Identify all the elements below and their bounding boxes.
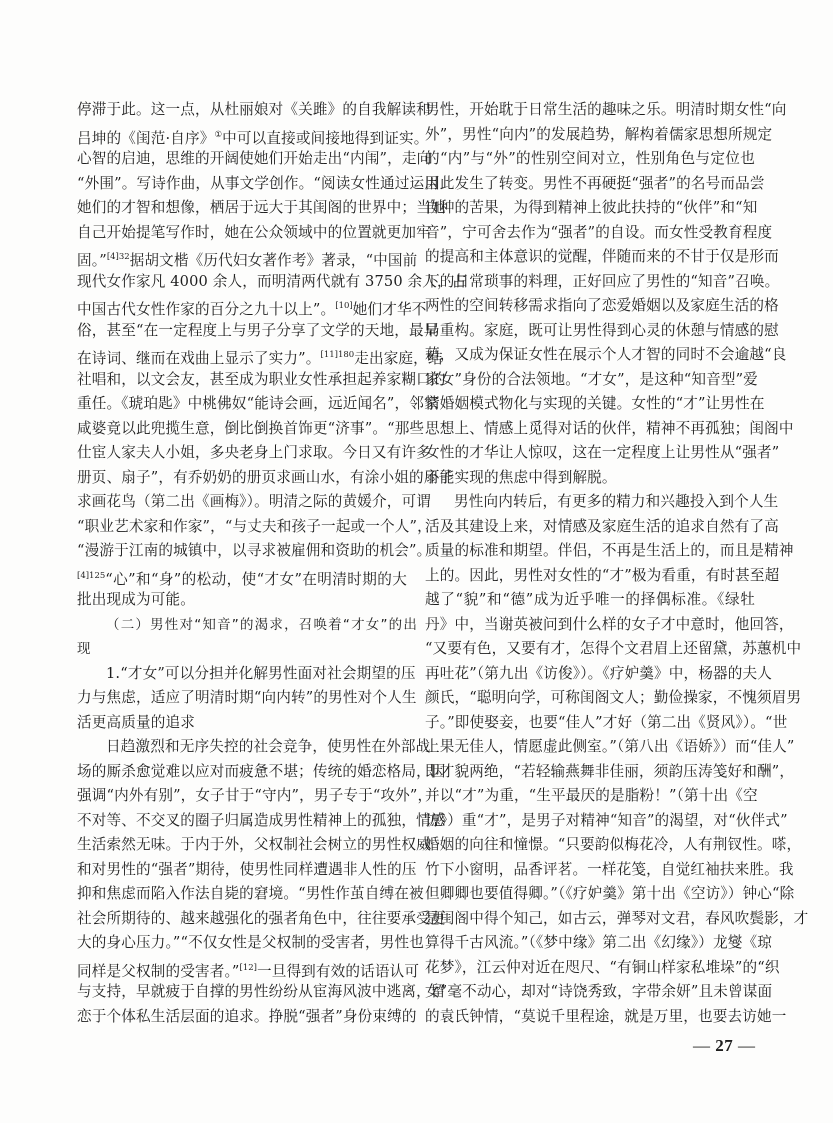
text-line: 现代女作家凡 4000 余人，而明清两代就有 3750 余人，占 xyxy=(77,270,407,295)
text-line: 在诗词、继而在戏曲上显示了实力”。[11]180走出家庭，结 xyxy=(77,343,407,368)
text-line: “外围”。写诗作曲，从事文学创作。“阅读女性通过运用 xyxy=(77,172,407,197)
text-line: 是闺阁中得个知己，如古云，弹琴对文君，春风吹鬓影，才 xyxy=(425,907,755,932)
text-line: 和对男性的“强者”期待，使男性同样遭遇非人性的压 xyxy=(77,858,407,883)
text-line: 她们的才智和想像，栖居于远大于其闺阁的世界中；当她 xyxy=(77,196,407,221)
text-line: 思想上、情感上觅得对话的伙伴，精神不再孤独；闺阁中 xyxy=(425,417,755,442)
text-line: 大的身心压力。”“不仅女性是父权制的受害者，男性也 xyxy=(77,931,407,956)
text-line: 女性的才华让人惊叹，这在一定程度上让男性从“强者” xyxy=(425,441,755,466)
text-line: 男性向内转后，有更多的精力和兴趣投入到个人生 xyxy=(425,490,755,515)
text-line: 与支持，早就疲于自撑的男性纷纷从宦海风波中逃离，留 xyxy=(77,980,407,1005)
text-line: “漫游于江南的城镇中，以寻求被雇佣和资助的机会”。 xyxy=(77,539,407,564)
text-line: 咸婆竟以此兜揽生意，倒比倒换首饰更“济事”。“那些 xyxy=(77,417,407,442)
text-line: 俗，甚至“在一定程度上与男子分享了文学的天地，最早 xyxy=(77,319,407,344)
text-line: 社唱和，以文会友，甚至成为职业女性承担起养家糊口的 xyxy=(77,368,407,393)
text-line: 家女”身份的合法领地。“才女”，是这种“知音型”爱 xyxy=(425,368,755,393)
text-line: 1.“才女”可以分担并化解男性面对社会期望的压 xyxy=(77,662,407,687)
text-line: 的“内”与“外”的性别空间对立，性别角色与定位也 xyxy=(425,147,755,172)
text-line: 访》）重“才”，是男子对精神“知音”的渴望，对“伙伴式” xyxy=(425,809,755,834)
text-line: 固。”[4]32据胡文楷《历代妇女著作考》著录，“中国前 xyxy=(77,245,407,270)
text-line: 情婚姻模式物化与实现的关键。女性的“才”让男性在 xyxy=(425,392,755,417)
text-line: 强调“内外有别”，女子甘于“守内”，男子专于“攻外”， xyxy=(77,784,407,809)
text-line: 吕坤的《闺范·自序》①中可以直接或间接地得到证实。 xyxy=(77,123,407,148)
page-number: — 27 — xyxy=(693,1036,756,1056)
citation-superscript: [4]125 xyxy=(77,571,105,581)
text-line: 因此发生了转变。男性不再硬挺“强者”的名号而品尝 xyxy=(425,172,755,197)
text-line: 局重构。家庭，既可让男性得到心灵的休憩与情感的慰 xyxy=(425,319,755,344)
section-heading-line: （二）男性对“知音”的渴求，召唤着“才女”的出 xyxy=(77,613,407,638)
text-line: 力与焦虑，适应了明清时期“向内转”的男性对个人生 xyxy=(77,686,407,711)
citation-superscript: [4]32 xyxy=(107,252,130,262)
text-line: 重任。《琥珀匙》中桃佛奴“能诗会画，远近闻名”，邻家 xyxy=(77,392,407,417)
text-line: 停滞于此。这一点，从杜丽娘对《关雎》的自我解读和 xyxy=(77,98,407,123)
citation-superscript: ① xyxy=(214,130,222,140)
text-line: 质量的标准和期望。伴侣，不再是生活上的，而且是精神 xyxy=(425,539,755,564)
text-line: 并以“才”为重，“生平最厌的是脂粉！”（第十出《空 xyxy=(425,784,755,809)
text-line: 越了“貌”和“德”成为近乎唯一的择偶标准。《绿牡 xyxy=(425,588,755,613)
text-line: 子。”即使娶妾，也要“佳人”才好（第二出《贤风》）。“世 xyxy=(425,711,755,736)
page-number-value: 27 xyxy=(715,1036,733,1055)
text-line: 心智的启迪，思维的开阔使她们开始走出“内闱”，走向 xyxy=(77,147,407,172)
text-line: 的袁氏钟情，“莫说千里程途，就是万里，也要去访她一 xyxy=(425,1005,755,1030)
text-line: 不能实现的焦虑中得到解脱。 xyxy=(425,466,755,491)
text-line: 场的厮杀愈觉难以应对而疲惫不堪；传统的婚恋格局，因 xyxy=(77,760,407,785)
citation-superscript: [12] xyxy=(240,963,257,973)
text-line: 上果无佳人，情愿虚此侧室。”（第八出《语娇》）而“佳人” xyxy=(425,735,755,760)
right-column: 男性，开始耽于日常生活的趣味之乐。明清时期女性“向外”，男性“向内”的发展趋势，… xyxy=(425,98,755,1029)
text-line: 竹下小窗明，品香评茗。一样花笺，自觉红袖扶来胜。我 xyxy=(425,858,755,883)
citation-superscript: [10] xyxy=(335,301,352,311)
text-line: 外”，男性“向内”的发展趋势，解构着儒家思想所规定 xyxy=(425,123,755,148)
text-line: 再吐花”（第九出《访俊》）。《疗妒羹》中，杨器的夫人 xyxy=(425,662,755,687)
text-line: 活及其建设上来，对情感及家庭生活的追求自然有了高 xyxy=(425,515,755,540)
text-line: 即才貌两绝，“若轻输燕舞非佳丽，须韵压涛笺好和酬”， xyxy=(425,760,755,785)
text-line: “又要有色，又要有才，怎得个文君眉上还留黛，苏蕙机中 xyxy=(425,637,755,662)
text-line: 自己开始提笔写作时，她在公众领域中的位置就更加牢 xyxy=(77,221,407,246)
text-line: 丹》中，当谢英被问到什么样的女子才中意时，他回答， xyxy=(425,613,755,638)
text-line: 生活索然无味。于内于外，父权制社会树立的男性权威 xyxy=(77,833,407,858)
text-line: 册页、扇子”，有乔奶奶的册页求画山水，有涂小姐的扇子 xyxy=(77,466,407,491)
text-line: 两性的空间转移需求指向了恋爱婚姻以及家庭生活的格 xyxy=(425,294,755,319)
text-line: 求画花鸟（第二出《画梅》）。明清之际的黄媛介，可谓 xyxy=(77,490,407,515)
text-line: 自种的苦果，为得到精神上彼此扶持的“伙伴”和“知 xyxy=(425,196,755,221)
section-heading-line: 现 xyxy=(77,637,407,662)
text-line: 婚姻的向往和憧憬。“只要韵似梅花冷，人有荆钗性。嗏， xyxy=(425,833,755,858)
text-line: 活更高质量的追求 xyxy=(77,711,407,736)
text-line: 批出现成为可能。 xyxy=(77,588,407,613)
text-line: 同样是父权制的受害者。”[12]一旦得到有效的话语认可 xyxy=(77,956,407,981)
text-line: 花梦》，江云仲对近在咫尺、“有铜山样家私堆垛”的“织 xyxy=(425,956,755,981)
text-line: 仕宦人家夫人小姐，多央老身上门求取。今日又有许多 xyxy=(77,441,407,466)
text-line: 中国古代女性作家的百分之九十以上”。[10]她们才华不 xyxy=(77,294,407,319)
text-line: 的提高和主体意识的觉醒，伴随而来的不甘于仅是形而 xyxy=(425,245,755,270)
text-line: 恋于个体私生活层面的追求。挣脱“强者”身份束缚的 xyxy=(77,1005,407,1030)
text-line: 社会所期待的、越来越强化的强者角色中，往往要承受更 xyxy=(77,907,407,932)
text-line: “职业艺术家和作家”，“与丈夫和孩子一起或一个人”， xyxy=(77,515,407,540)
text-line: 但卿卿也要值得卿。”（《疗妒羹》第十出《空访》）钟心“除 xyxy=(425,882,755,907)
text-line: 女”毫不动心，却对“诗饶秀致，字带余妍”且未曾谋面 xyxy=(425,980,755,1005)
text-line: 算得千古风流。”（《梦中缘》第二出《幻缘》）龙燮《琼 xyxy=(425,931,755,956)
text-line: 抑和焦虑而陷入作法自毙的窘境。“男性作茧自缚在被 xyxy=(77,882,407,907)
text-line: 藉，又成为保证女性在展示个人才智的同时不会逾越“良 xyxy=(425,343,755,368)
text-line: 日趋激烈和无序失控的社会竞争，使男性在外部战 xyxy=(77,735,407,760)
text-line: 不对等、不交叉的圈子归属造成男性精神上的孤独，情感 xyxy=(77,809,407,834)
text-line: 音”，宁可舍去作为“强者”的自设。而女性受教育程度 xyxy=(425,221,755,246)
text-line: 男性，开始耽于日常生活的趣味之乐。明清时期女性“向 xyxy=(425,98,755,123)
text-line: 下的日常琐事的料理，正好回应了男性的“知音”召唤。 xyxy=(425,270,755,295)
text-line: 上的。因此，男性对女性的“才”极为看重，有时甚至超 xyxy=(425,564,755,589)
left-column: 停滞于此。这一点，从杜丽娘对《关雎》的自我解读和吕坤的《闺范·自序》①中可以直接… xyxy=(77,98,407,1029)
citation-superscript: [11]180 xyxy=(321,350,355,360)
text-line: 颜氏，“聪明向学，可称闺阁文人；勤俭操家，不愧须眉男 xyxy=(425,686,755,711)
text-line: [4]125“心”和“身”的松动，使“才女”在明清时期的大 xyxy=(77,564,407,589)
